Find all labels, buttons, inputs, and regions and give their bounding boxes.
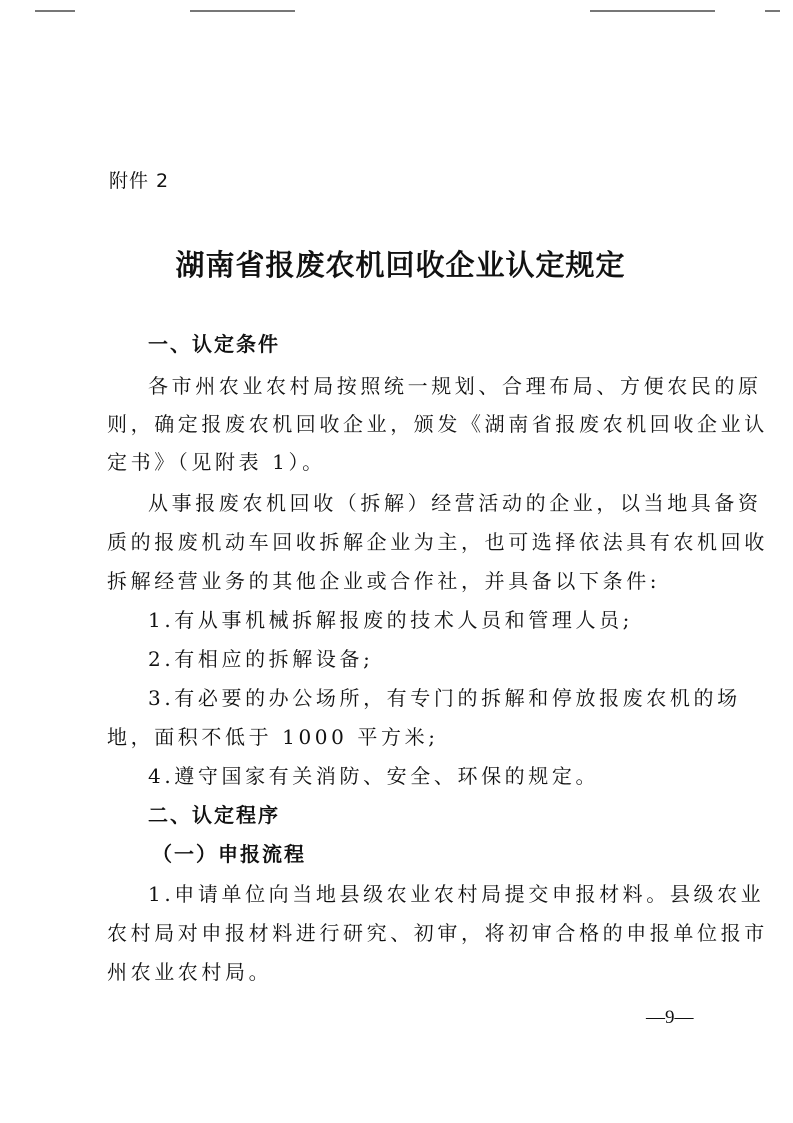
list-item-condition-3-cont: 地，面积不低于 1000 平方米; xyxy=(107,725,697,749)
paragraph-line: 拆解经营业务的其他企业或合作社，并具备以下条件: xyxy=(107,569,697,593)
paragraph-line: 从事报废农机回收（拆解）经营活动的企业，以当地具备资 xyxy=(148,491,738,515)
list-item-condition-1: 1.有从事机械拆解报废的技术人员和管理人员; xyxy=(148,608,738,632)
paragraph-line: 州农业农村局。 xyxy=(107,960,697,984)
paragraph-line: 质的报废机动车回收拆解企业为主，也可选择依法具有农机回收 xyxy=(107,530,697,554)
paragraph-line: 农村局对申报材料进行研究、初审，将初审合格的申报单位报市 xyxy=(107,921,697,945)
paragraph-line: 各市州农业农村局按照统一规划、合理布局、方便农民的原 xyxy=(148,374,738,398)
section-heading-procedure: 二、认定程序 xyxy=(148,803,738,827)
subsection-heading-application: （一）申报流程 xyxy=(152,842,742,866)
list-item-condition-3: 3.有必要的办公场所，有专门的拆解和停放报废农机的场 xyxy=(148,686,738,710)
page-number: —9— xyxy=(646,1007,694,1029)
list-item-condition-2: 2.有相应的拆解设备; xyxy=(148,647,738,671)
scan-artifact-top-edge xyxy=(20,10,780,13)
section-heading-criteria: 一、认定条件 xyxy=(148,332,738,356)
list-item-condition-4: 4.遵守国家有关消防、安全、环保的规定。 xyxy=(148,764,738,788)
list-item-step-1: 1.申请单位向当地县级农业农村局提交申报材料。县级农业 xyxy=(148,882,738,906)
document-title: 湖南省报废农机回收企业认定规定 xyxy=(0,243,793,284)
attachment-label: 附件 2 xyxy=(109,166,169,193)
paragraph-line: 则，确定报废农机回收企业，颁发《湖南省报废农机回收企业认 xyxy=(107,412,697,436)
paragraph-line: 定书》（见附表 1）。 xyxy=(107,450,697,474)
